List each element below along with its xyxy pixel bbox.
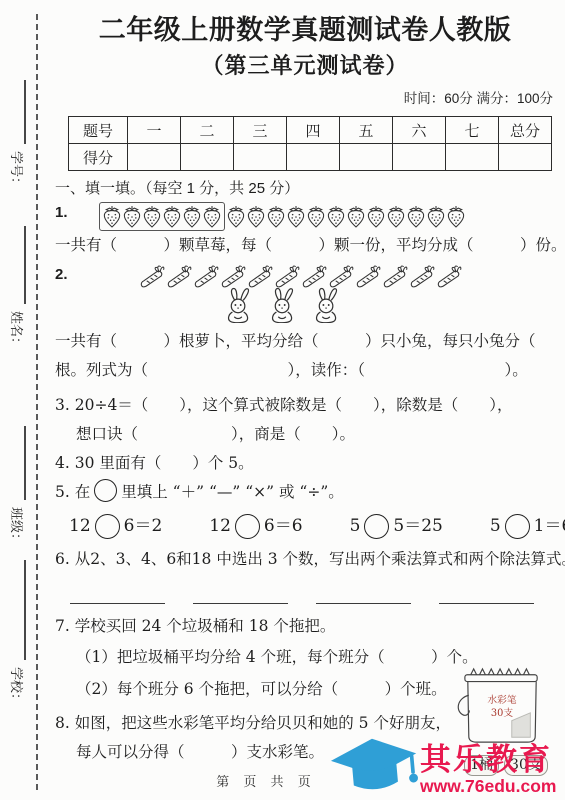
score-table-cell: 五 (340, 117, 393, 144)
question-1-number: 1. (55, 204, 68, 221)
strawberry-box (99, 202, 225, 231)
pen-bucket-icon: 水彩笔 30支 (454, 664, 550, 748)
rabbit-icon (223, 287, 255, 323)
score-input-cell[interactable] (393, 144, 446, 171)
bucket-label-line2: 30支 (491, 706, 513, 719)
question-2-figure: 2. (55, 264, 555, 323)
student-id-label: 学号： (0, 146, 34, 194)
question-6-number: 6. (55, 550, 70, 568)
question-1-figure: 1. (55, 202, 555, 231)
strawberry-icon (182, 205, 202, 228)
name-write-line[interactable] (24, 226, 26, 304)
score-input-cell[interactable] (234, 144, 287, 171)
score-table-cell: 三 (234, 117, 287, 144)
equation-4: 51＝6 (490, 511, 565, 541)
question-8-number: 8. (55, 714, 70, 732)
question-3-number: 3. (55, 396, 70, 414)
score-input-cell[interactable] (287, 144, 340, 171)
answer-blank-line[interactable] (70, 590, 165, 604)
score-table-cell: 总分 (499, 117, 552, 144)
question-4[interactable]: 4. 30 里面有（ ）个 5。 (55, 449, 555, 478)
rabbit-icon (267, 287, 299, 323)
carrot-icon (247, 264, 274, 289)
strawberry-icon (406, 205, 426, 228)
carrot-icon (301, 264, 328, 289)
strawberry-icon (286, 205, 306, 228)
question-5-equations: 126＝2 126＝6 55＝25 51＝6 (69, 511, 555, 541)
answer-blank-line[interactable] (316, 590, 411, 604)
answer-blank-line[interactable] (193, 590, 288, 604)
strawberry-icon (346, 205, 366, 228)
strawberry-rest (226, 205, 466, 228)
strawberry-icon (386, 205, 406, 228)
bucket-label-line1: 水彩笔 (487, 693, 516, 706)
strawberry-icon (366, 205, 386, 228)
carrot-row (55, 264, 555, 289)
strawberry-icon (246, 205, 266, 228)
score-table-cell: 二 (181, 117, 234, 144)
question-4-number: 4. (55, 454, 70, 472)
question-7-number: 7. (55, 617, 70, 635)
strawberry-icon (226, 205, 246, 228)
question-3-line2[interactable]: 想口诀（ ），商是（ ）。 (55, 420, 555, 449)
operator-circle[interactable] (95, 514, 120, 539)
score-table: 题号 一 二 三 四 五 六 七 总分 得分 (68, 116, 552, 171)
question-5: 5. 在里填上 “＋” “—” “×” 或 “÷”。 (55, 478, 555, 507)
score-input-cell[interactable] (499, 144, 552, 171)
name-label: 姓名： (0, 306, 34, 354)
strawberry-icon (202, 205, 222, 228)
carrot-icon (274, 264, 301, 289)
watermark-brand: 其乐教育 (420, 743, 556, 776)
question-2-text-line1[interactable]: 一共有（ ）根萝卜，平均分给（ ）只小兔，每只小兔分（ ） (55, 327, 555, 356)
carrot-icon (220, 264, 247, 289)
operator-circle[interactable] (505, 514, 530, 539)
score-table-cell: 一 (128, 117, 181, 144)
operator-circle[interactable] (235, 514, 260, 539)
score-table-cell: 七 (446, 117, 499, 144)
carrot-icon (382, 264, 409, 289)
score-input-cell[interactable] (446, 144, 499, 171)
carrot-icon (193, 264, 220, 289)
time-score-info: 时间：60分 满分：100分 (55, 90, 553, 108)
watermark-logo: 其乐教育 www.76edu.com (328, 737, 556, 799)
equation-1: 126＝2 (69, 511, 162, 541)
school-write-line[interactable] (24, 560, 26, 660)
strawberry-icon (446, 205, 466, 228)
strawberry-icon (122, 205, 142, 228)
question-7: 7. 学校买回 24 个垃圾桶和 18 个拖把。 (55, 612, 555, 641)
score-input-cell[interactable] (340, 144, 393, 171)
school-label: 学校： (0, 662, 34, 710)
rabbit-row (55, 287, 555, 323)
strawberry-icon (306, 205, 326, 228)
operator-circle-example (94, 479, 117, 502)
class-write-line[interactable] (24, 426, 26, 500)
strawberry-icon (266, 205, 286, 228)
score-table-cell: 六 (393, 117, 446, 144)
student-id-write-line[interactable] (24, 80, 26, 144)
page-title: 二年级上册数学真题测试卷人教版 (55, 12, 555, 48)
question-6-answer-blanks (70, 590, 555, 604)
answer-blank-line[interactable] (439, 590, 534, 604)
question-5-number: 5. (55, 483, 70, 501)
strawberry-icon (142, 205, 162, 228)
strawberry-icon (102, 205, 122, 228)
question-6: 6. 从2、3、4、6和18 中选出 3 个数，写出两个乘法算式和两个除法算式。 (55, 545, 555, 574)
carrot-icon (139, 264, 166, 289)
strawberry-icon (426, 205, 446, 228)
carrot-icon (166, 264, 193, 289)
score-table-cell: 四 (287, 117, 340, 144)
carrot-icon (409, 264, 436, 289)
score-input-cell[interactable] (128, 144, 181, 171)
operator-circle[interactable] (364, 514, 389, 539)
carrot-icon (328, 264, 355, 289)
score-row-label: 得分 (69, 144, 128, 171)
carrot-icon (355, 264, 382, 289)
strawberry-icon (326, 205, 346, 228)
graduation-cap-icon (325, 733, 426, 800)
score-input-cell[interactable] (181, 144, 234, 171)
question-1-text[interactable]: 一共有（ ）颗草莓，每（ ）颗一份，平均分成（ ）份。 (55, 231, 555, 260)
equation-2: 126＝6 (209, 511, 302, 541)
question-2-text-line2[interactable]: 根。列式为（ ），读作：（ ）。 (55, 356, 555, 385)
question-2-number: 2. (55, 266, 68, 283)
score-table-cell: 题号 (69, 117, 128, 144)
page-subtitle: （第三单元测试卷） (55, 50, 555, 82)
section-1-heading: 一、填一填。（每空 1 分，共 25 分） (55, 178, 555, 199)
carrot-icon (436, 264, 463, 289)
rabbit-icon (311, 287, 343, 323)
equation-3: 55＝25 (350, 511, 443, 541)
strawberry-icon (162, 205, 182, 228)
watermark-url: www.76edu.com (420, 776, 556, 796)
question-3-line1[interactable]: 3. 20÷4＝（ ），这个算式被除数是（ ），除数是（ ）， (55, 391, 555, 420)
seal-dashed-line (36, 14, 38, 790)
test-paper-page: 学号： 姓名： 班级： 学校： 二年级上册数学真题测试卷人教版 （第三单元测试卷… (0, 0, 565, 800)
score-table-header-row: 题号 一 二 三 四 五 六 七 总分 (69, 117, 552, 144)
score-table-score-row: 得分 (69, 144, 552, 171)
class-label: 班级： (0, 502, 34, 550)
